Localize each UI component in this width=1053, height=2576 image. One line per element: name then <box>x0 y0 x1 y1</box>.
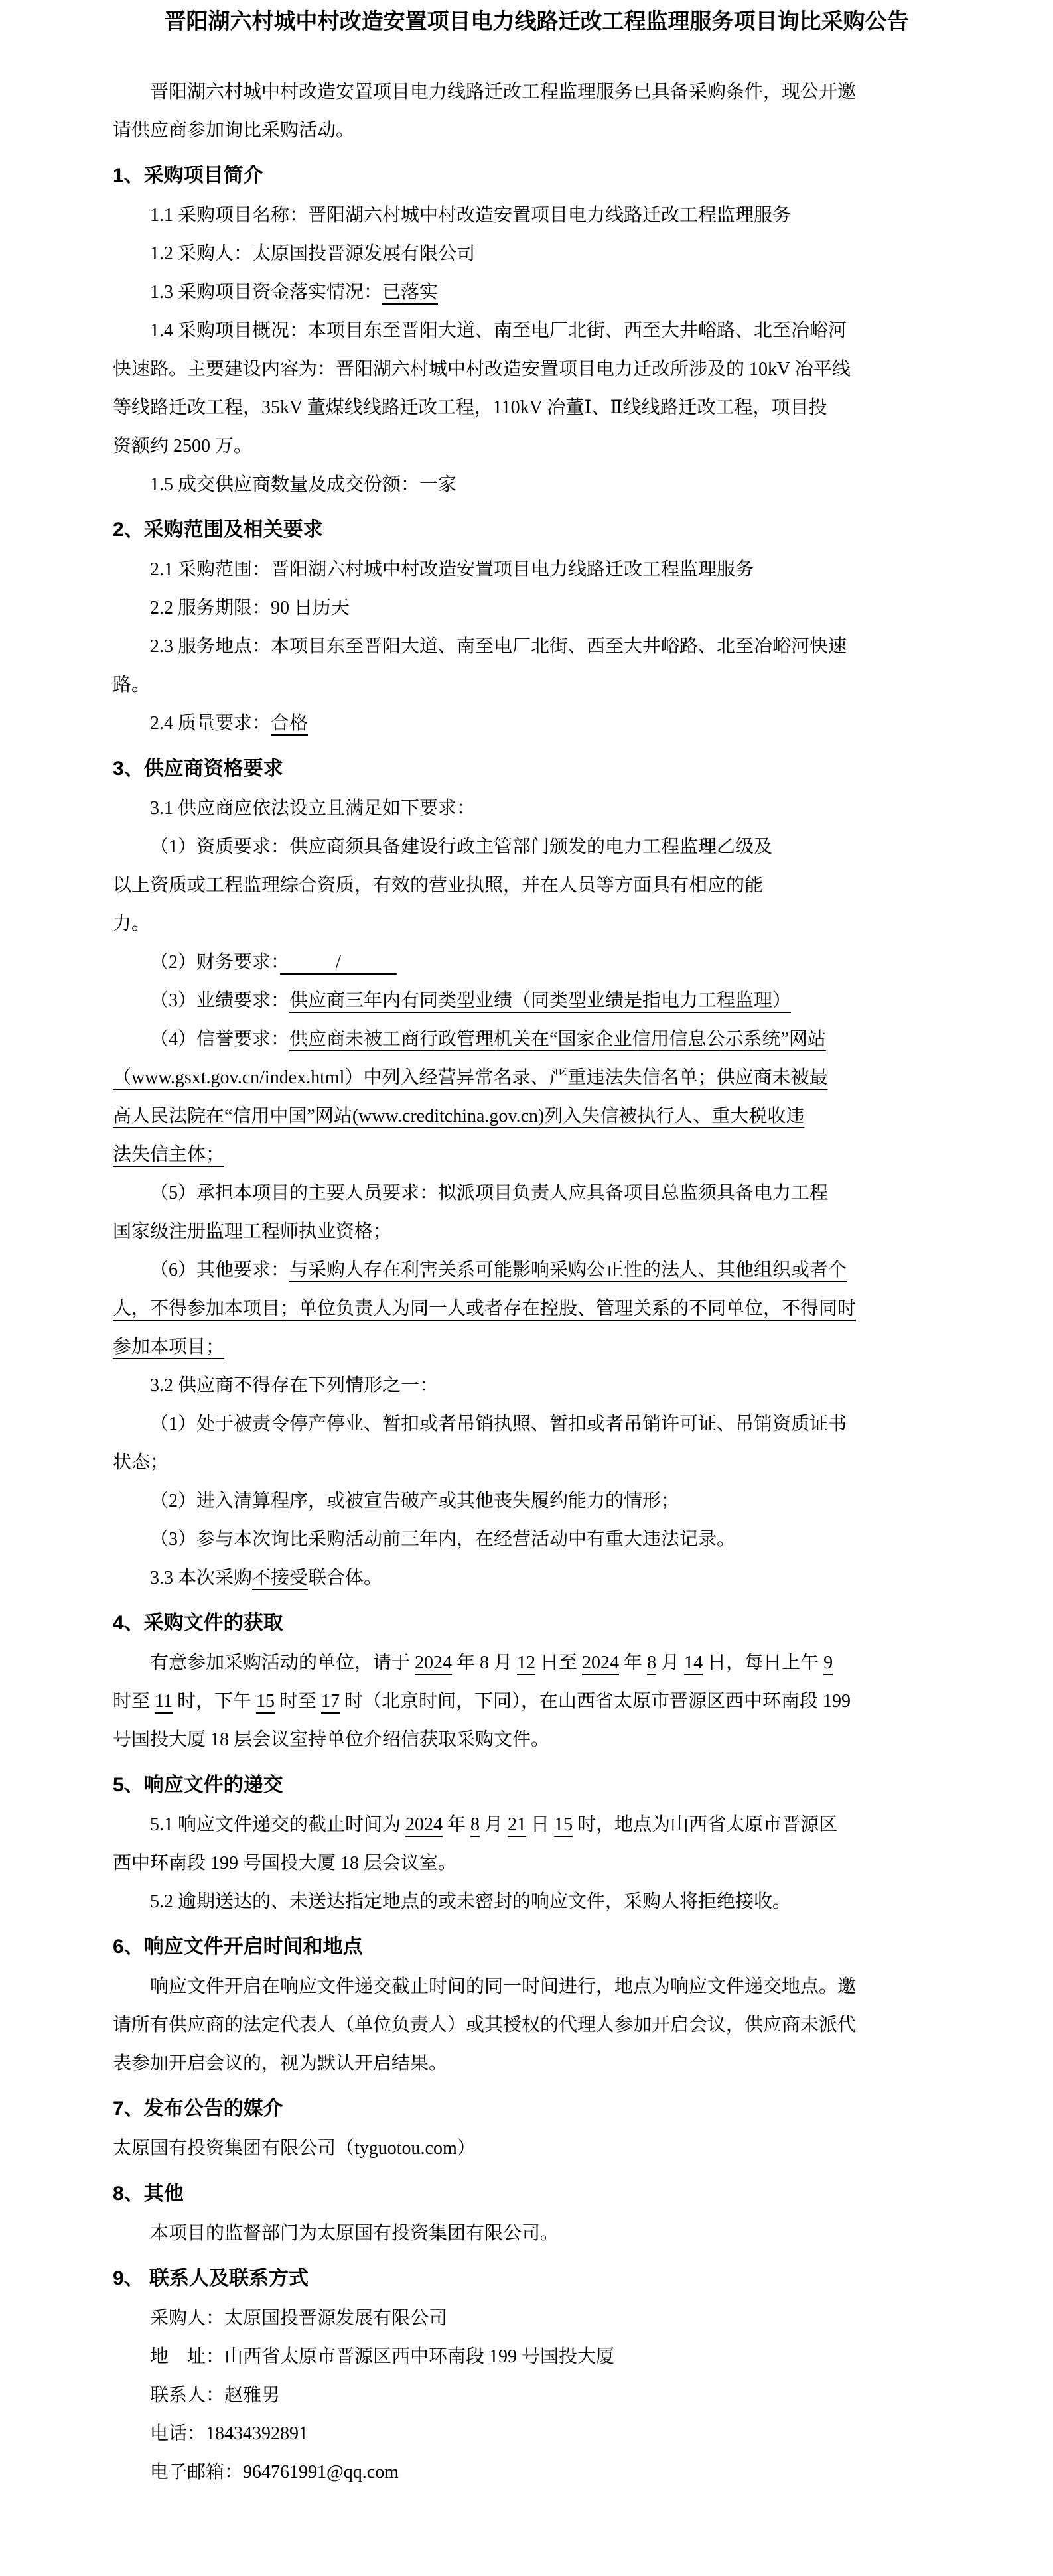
text-run: 地 址：山西省太原市晋源区西中环南段 199 号国投大厦 <box>150 2346 614 2367</box>
underlined-text-run: 供应商三年内有同类型业绩（同类型业绩是指电力工程监理） <box>289 990 791 1011</box>
text-run: 等线路迁改工程，35kV 董煤线线路迁改工程，110kV 冶董Ⅰ、Ⅱ线线路迁改工… <box>113 397 827 418</box>
text-run: 9、 联系人及联系方式 <box>113 2268 309 2289</box>
text-run: 电话：18434392891 <box>150 2423 308 2444</box>
text-run: 状态； <box>113 1452 169 1473</box>
doc-line: 人，不得参加本项目；单位负责人为同一人或者存在控股、管理关系的不同单位，不得同时 <box>113 1291 960 1327</box>
doc-line: 1.2 采购人：太原国投晋源发展有限公司 <box>113 236 960 272</box>
text-run: 资额约 2500 万。 <box>113 436 252 456</box>
text-run: 1.2 采购人：太原国投晋源发展有限公司 <box>150 243 475 264</box>
text-run: 5.1 响应文件递交的截止时间为 <box>150 1814 405 1835</box>
text-run: 年 <box>619 1653 647 1673</box>
text-run: 3.2 供应商不得存在下列情形之一： <box>150 1375 438 1396</box>
doc-line: 3.3 本次采购不接受联合体。 <box>113 1560 960 1596</box>
doc-line: （1）处于被责令停产停业、暂扣或者吊销执照、暂扣或者吊销许可证、吊销资质证书 <box>113 1406 960 1442</box>
doc-line: （3）业绩要求：供应商三年内有同类型业绩（同类型业绩是指电力工程监理） <box>113 983 960 1019</box>
text-run: 3.1 供应商应依法设立且满足如下要求： <box>150 798 475 819</box>
doc-line: （6）其他要求：与采购人存在利害关系可能影响采购公正性的法人、其他组织或者个 <box>113 1253 960 1288</box>
underlined-text-run: 与采购人存在利害关系可能影响采购公正性的法人、其他组织或者个 <box>289 1260 847 1280</box>
underlined-text-run: 2024 <box>405 1814 443 1835</box>
doc-line: 法失信主体； <box>113 1137 960 1173</box>
text-run: 有意参加采购活动的单位，请于 <box>150 1653 415 1673</box>
text-run: 太原国有投资集团有限公司（tyguotou.com） <box>113 2138 476 2159</box>
doc-line: 晋阳湖六村城中村改造安置项目电力线路迁改工程监理服务已具备采购条件，现公开邀 <box>113 74 960 110</box>
section-heading: 5、响应文件的递交 <box>113 1769 960 1802</box>
doc-line: （5）承担本项目的主要人员要求：拟派项目负责人应具备项目总监须具备电力工程 <box>113 1176 960 1211</box>
text-run: 快速路。主要建设内容为：晋阳湖六村城中村改造安置项目电力迁改所涉及的 10kV … <box>113 359 851 379</box>
text-run: 年 <box>443 1814 470 1835</box>
procurement-announcement-document: 晋阳湖六村城中村改造安置项目电力线路迁改工程监理服务项目询比采购公告晋阳湖六村城… <box>0 0 1053 2490</box>
text-run: 6、响应文件开启时间和地点 <box>113 1936 363 1958</box>
text-run: （1）资质要求：供应商须具备建设行政主管部门颁发的电力工程监理乙级及 <box>150 837 772 857</box>
underlined-text-run: / <box>280 952 397 973</box>
underlined-text-run: 供应商未被工商行政管理机关在“国家企业信用信息公示系统”网站 <box>289 1029 826 1050</box>
text-run: 时，下午 <box>173 1691 256 1712</box>
text-run: 2.4 质量要求： <box>150 713 271 734</box>
text-run: 西中环南段 199 号国投大厦 18 层会议室。 <box>113 1853 456 1873</box>
section-heading: 7、发布公告的媒介 <box>113 2092 960 2126</box>
text-run: 本项目的监督部门为太原国有投资集团有限公司。 <box>150 2223 559 2244</box>
underlined-text-run: 11 <box>155 1691 173 1712</box>
doc-line: 本项目的监督部门为太原国有投资集团有限公司。 <box>113 2216 960 2252</box>
text-run: 1.1 采购项目名称：晋阳湖六村城中村改造安置项目电力线路迁改工程监理服务 <box>150 205 791 226</box>
text-run: （3）业绩要求： <box>150 990 289 1011</box>
text-run: 请所有供应商的法定代表人（单位负责人）或其授权的代理人参加开启会议，供应商未派代 <box>113 2015 856 2035</box>
section-heading: 6、响应文件开启时间和地点 <box>113 1931 960 1964</box>
doc-line: 2.4 质量要求：合格 <box>113 706 960 742</box>
text-run: 2.2 服务期限：90 日历天 <box>150 598 350 618</box>
text-run: 联系人：赵雅男 <box>150 2385 280 2406</box>
text-run: （4）信誉要求： <box>150 1029 289 1050</box>
text-run: 时至 <box>275 1691 321 1712</box>
text-run: 5.2 逾期送达的、未送达指定地点的或未密封的响应文件，采购人将拒绝接收。 <box>150 1891 791 1912</box>
text-run: 响应文件开启在响应文件递交截止时间的同一时间进行，地点为响应文件递交地点。邀 <box>150 1976 856 1997</box>
text-run: 国家级注册监理工程师执业资格； <box>113 1221 391 1242</box>
doc-line: 联系人：赵雅男 <box>113 2378 960 2413</box>
text-run: （2）财务要求： <box>150 952 280 973</box>
page: { "page": { "background": "#ffffff", "te… <box>0 0 1053 2576</box>
underlined-text-run: 15 <box>256 1691 275 1712</box>
doc-line: 快速路。主要建设内容为：晋阳湖六村城中村改造安置项目电力迁改所涉及的 10kV … <box>113 352 960 387</box>
text-run: （6）其他要求： <box>150 1260 289 1280</box>
doc-line: （2）进入清算程序，或被宣告破产或其他丧失履约能力的情形； <box>113 1483 960 1519</box>
doc-line: 2.2 服务期限：90 日历天 <box>113 590 960 626</box>
text-run: 2.1 采购范围：晋阳湖六村城中村改造安置项目电力线路迁改工程监理服务 <box>150 559 754 580</box>
doc-line: （www.gsxt.gov.cn/index.html）中列入经营异常名录、严重… <box>113 1060 960 1096</box>
underlined-text-run: 法失信主体； <box>113 1144 224 1165</box>
text-run: 电子邮箱：964761991@qq.com <box>150 2462 399 2482</box>
text-run: 5、响应文件的递交 <box>113 1774 283 1796</box>
text-run: 1.5 成交供应商数量及成交份额：一家 <box>150 474 456 495</box>
text-run: 路。 <box>113 675 150 695</box>
text-run: 7、发布公告的媒介 <box>113 2098 283 2120</box>
underlined-text-run: 2024 <box>415 1653 452 1673</box>
doc-line: 请所有供应商的法定代表人（单位负责人）或其授权的代理人参加开启会议，供应商未派代 <box>113 2007 960 2043</box>
doc-line: （2）财务要求： / <box>113 945 960 981</box>
doc-line: 有意参加采购活动的单位，请于 2024 年 8 月 12 日至 2024 年 8… <box>113 1645 960 1681</box>
section-heading: 9、 联系人及联系方式 <box>113 2262 960 2295</box>
underlined-text-run: 已落实 <box>382 282 438 303</box>
text-run: 表参加开启会议的，视为默认开启结果。 <box>113 2053 447 2074</box>
section-heading: 3、供应商资格要求 <box>113 752 960 785</box>
doc-line: 3.2 供应商不得存在下列情形之一： <box>113 1368 960 1404</box>
text-run: 号国投大厦 18 层会议室持单位介绍信获取采购文件。 <box>113 1729 549 1750</box>
section-heading: 1、采购项目简介 <box>113 159 960 192</box>
underlined-text-run: 人，不得参加本项目；单位负责人为同一人或者存在控股、管理关系的不同单位，不得同时 <box>113 1298 856 1319</box>
underlined-text-run: 21 <box>508 1814 526 1835</box>
underlined-text-run: 17 <box>321 1691 340 1712</box>
text-run: 时至 <box>113 1691 155 1712</box>
text-run: 2.3 服务地点：本项目东至晋阳大道、南至电厂北街、西至大井峪路、北至冶峪河快速 <box>150 636 847 657</box>
doc-line: 请供应商参加询比采购活动。 <box>113 113 960 149</box>
doc-line: （4）信誉要求：供应商未被工商行政管理机关在“国家企业信用信息公示系统”网站 <box>113 1022 960 1057</box>
doc-line: 采购人：太原国投晋源发展有限公司 <box>113 2301 960 2337</box>
text-run: 1、采购项目简介 <box>113 165 263 186</box>
text-run: 时（北京时间，下同），在山西省太原市晋源区西中环南段 199 <box>340 1691 851 1712</box>
doc-line: 西中环南段 199 号国投大厦 18 层会议室。 <box>113 1846 960 1881</box>
doc-line: 响应文件开启在响应文件递交截止时间的同一时间进行，地点为响应文件递交地点。邀 <box>113 1969 960 2005</box>
doc-line: 力。 <box>113 906 960 942</box>
doc-line: 1.5 成交供应商数量及成交份额：一家 <box>113 467 960 503</box>
section-heading: 2、采购范围及相关要求 <box>113 513 960 547</box>
doc-line: 太原国有投资集团有限公司（tyguotou.com） <box>113 2131 960 2167</box>
doc-line: 3.1 供应商应依法设立且满足如下要求： <box>113 791 960 827</box>
underlined-text-run: 不接受 <box>252 1568 308 1588</box>
text-run: （1）处于被责令停产停业、暂扣或者吊销执照、暂扣或者吊销许可证、吊销资质证书 <box>150 1414 847 1434</box>
doc-line: 电子邮箱：964761991@qq.com <box>113 2455 960 2490</box>
text-run: 请供应商参加询比采购活动。 <box>113 120 354 141</box>
text-run: 2、采购范围及相关要求 <box>113 519 323 541</box>
doc-line: 路。 <box>113 667 960 703</box>
doc-line: （3）参与本次询比采购活动前三年内，在经营活动中有重大违法记录。 <box>113 1522 960 1558</box>
doc-line: 5.2 逾期送达的、未送达指定地点的或未密封的响应文件，采购人将拒绝接收。 <box>113 1884 960 1920</box>
text-run: 以上资质或工程监理综合资质，有效的营业执照，并在人员等方面具有相应的能 <box>113 875 763 896</box>
doc-line: 时至 11 时，下午 15 时至 17 时（北京时间，下同），在山西省太原市晋源… <box>113 1684 960 1720</box>
doc-line: 1.1 采购项目名称：晋阳湖六村城中村改造安置项目电力线路迁改工程监理服务 <box>113 198 960 234</box>
doc-line: 资额约 2500 万。 <box>113 429 960 464</box>
text-run: （3）参与本次询比采购活动前三年内，在经营活动中有重大违法记录。 <box>150 1529 735 1550</box>
text-run: 日，每日上午 <box>703 1653 823 1673</box>
doc-line: 状态； <box>113 1445 960 1481</box>
text-run: 日至 <box>535 1653 582 1673</box>
doc-line: 电话：18434392891 <box>113 2416 960 2452</box>
doc-line: 国家级注册监理工程师执业资格； <box>113 1214 960 1250</box>
doc-line: 1.4 采购项目概况：本项目东至晋阳大道、南至电厂北街、西至大井峪路、北至冶峪河 <box>113 313 960 349</box>
underlined-text-run: 9 <box>823 1653 833 1673</box>
text-run: 4、采购文件的获取 <box>113 1612 283 1634</box>
underlined-text-run: 15 <box>554 1814 573 1835</box>
underlined-text-run: 12 <box>517 1653 535 1673</box>
text-run: 采购人：太原国投晋源发展有限公司 <box>150 2308 447 2329</box>
underlined-text-run: 8 <box>647 1653 656 1673</box>
text-run: 1.3 采购项目资金落实情况： <box>150 282 382 303</box>
doc-line: 参加本项目； <box>113 1329 960 1365</box>
text-run: 月 <box>480 1814 508 1835</box>
underlined-text-run: 2024 <box>582 1653 619 1673</box>
text-run: 8、其他 <box>113 2183 184 2204</box>
text-run: 3.3 本次采购 <box>150 1568 252 1588</box>
underlined-text-run: 高人民法院在“信用中国”网站(www.creditchina.gov.cn)列入… <box>113 1106 804 1126</box>
text-run: 力。 <box>113 914 150 934</box>
doc-line: 等线路迁改工程，35kV 董煤线线路迁改工程，110kV 冶董Ⅰ、Ⅱ线线路迁改工… <box>113 390 960 426</box>
doc-line: 2.1 采购范围：晋阳湖六村城中村改造安置项目电力线路迁改工程监理服务 <box>113 552 960 588</box>
underlined-text-run: 14 <box>684 1653 703 1673</box>
doc-line: 号国投大厦 18 层会议室持单位介绍信获取采购文件。 <box>113 1722 960 1758</box>
doc-line: 地 址：山西省太原市晋源区西中环南段 199 号国投大厦 <box>113 2339 960 2375</box>
text-run: 月 <box>656 1653 684 1673</box>
doc-line: （1）资质要求：供应商须具备建设行政主管部门颁发的电力工程监理乙级及 <box>113 829 960 865</box>
text-run: （2）进入清算程序，或被宣告破产或其他丧失履约能力的情形； <box>150 1491 679 1511</box>
doc-line: 2.3 服务地点：本项目东至晋阳大道、南至电厂北街、西至大井峪路、北至冶峪河快速 <box>113 629 960 665</box>
doc-line: 高人民法院在“信用中国”网站(www.creditchina.gov.cn)列入… <box>113 1099 960 1134</box>
text-run: 1.4 采购项目概况：本项目东至晋阳大道、南至电厂北街、西至大井峪路、北至冶峪河 <box>150 320 847 341</box>
text-run: （5）承担本项目的主要人员要求：拟派项目负责人应具备项目总监须具备电力工程 <box>150 1183 828 1203</box>
doc-line: 1.3 采购项目资金落实情况：已落实 <box>113 275 960 310</box>
text-run: 联合体。 <box>308 1568 382 1588</box>
underlined-text-run: 合格 <box>271 713 308 734</box>
text-run: 3、供应商资格要求 <box>113 758 283 780</box>
doc-line: 以上资质或工程监理综合资质，有效的营业执照，并在人员等方面具有相应的能 <box>113 868 960 904</box>
doc-line: 表参加开启会议的，视为默认开启结果。 <box>113 2046 960 2082</box>
underlined-text-run: （www.gsxt.gov.cn/index.html）中列入经营异常名录、严重… <box>113 1067 827 1088</box>
underlined-text-run: 8 <box>470 1814 480 1835</box>
text-run: 日 <box>526 1814 554 1835</box>
section-heading: 8、其他 <box>113 2177 960 2210</box>
doc-line: 5.1 响应文件递交的截止时间为 2024 年 8 月 21 日 15 时，地点… <box>113 1807 960 1843</box>
text-run: 年 8 月 <box>452 1653 517 1673</box>
text-run: 时，地点为山西省太原市晋源区 <box>573 1814 837 1835</box>
text-run: 晋阳湖六村城中村改造安置项目电力线路迁改工程监理服务项目询比采购公告 <box>165 10 909 34</box>
doc-title: 晋阳湖六村城中村改造安置项目电力线路迁改工程监理服务项目询比采购公告 <box>113 7 960 37</box>
section-heading: 4、采购文件的获取 <box>113 1607 960 1640</box>
text-run: 晋阳湖六村城中村改造安置项目电力线路迁改工程监理服务已具备采购条件，现公开邀 <box>150 82 856 102</box>
underlined-text-run: 参加本项目； <box>113 1337 224 1357</box>
